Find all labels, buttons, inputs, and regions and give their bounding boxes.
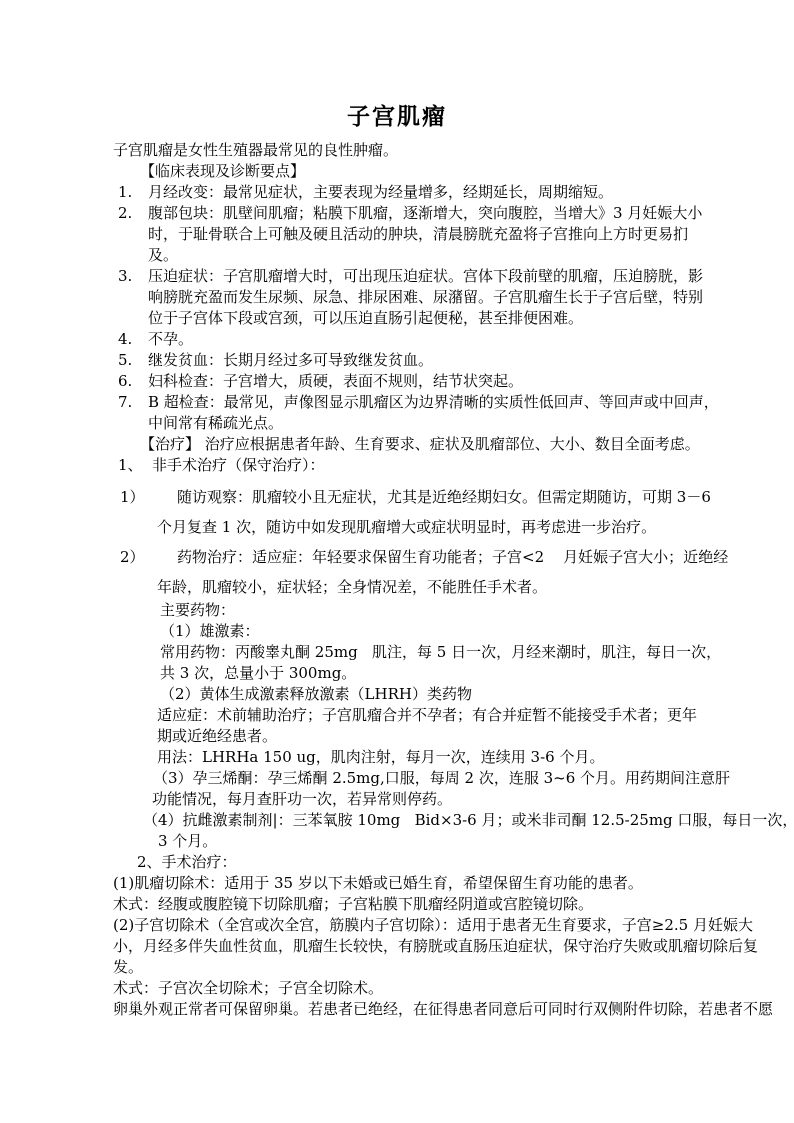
- item-number: 1、: [118, 455, 152, 476]
- drug-line: 功能情况，每月查肝功一次，若异常则停药。: [152, 789, 794, 810]
- item-text: 压迫症状：子宫肌瘤增大时，可出现压迫症状。宫体下段前壁的肌瘤，压迫膀胱，影: [148, 267, 703, 285]
- nonsurgical-heading: 1、非手术治疗（保守治疗）：: [118, 455, 794, 476]
- surgical-section: 2、手术治疗： (1)肌瘤切除术：适用于 35 岁以下未婚或已婚生育，希望保留生…: [0, 852, 794, 1020]
- drug-line: 常用药物：丙酸睾丸酮 25mg 肌注，每 5 日一次，月经来潮时，肌注，每日一次…: [160, 642, 794, 663]
- document-page: 子宫肌瘤 子宫肌瘤是女性生殖器最常见的良性肿瘤。 【临床表现及诊断要点】 1.月…: [0, 0, 794, 1123]
- subitem-1-continuation: 个月复查 1 次，随访中如发现肌瘤增大或症状明显时，再考虑进一步治疗。: [157, 512, 794, 542]
- item-number: 4.: [118, 329, 148, 350]
- clinical-item-2: 2.腹部包块：肌壁间肌瘤；粘膜下肌瘤，逐渐增大，突向腹腔，当增大》3 月妊娠大小: [118, 203, 794, 224]
- page-title: 子宫肌瘤: [0, 103, 794, 131]
- nonsurgical-subitems: 1）随访观察：肌瘤较小且无症状，尤其是近绝经期妇女。但需定期随访，可期 3－6 …: [0, 482, 794, 602]
- intro-line: 子宫肌瘤是女性生殖器最常见的良性肿瘤。: [113, 140, 794, 161]
- item-text: 药物治疗：适应症：年轻要求保留生育功能者；子宫<2 月妊娠子宫大小；近绝经: [177, 548, 728, 566]
- drug-line: （4）抗雌激素制剂|：三苯氧胺 10mg Bid×3-6 月；或米非司酮 12.…: [143, 810, 794, 831]
- item-number: 2）: [120, 542, 177, 572]
- drug-line: 期或近绝经患者。: [157, 726, 794, 747]
- subitem-2-continuation: 年龄，肌瘤较小，症状轻；全身情况差，不能胜任手术者。: [157, 572, 794, 602]
- drug-line: 3 个月。: [158, 831, 794, 852]
- item-number: 5.: [118, 350, 148, 371]
- clinical-item-4: 4.不孕。: [118, 329, 794, 350]
- clinical-item-3-continuation: 响膀胱充盈而发生尿频、尿急、排尿困难、尿潴留。子宫肌瘤生长于子宫后壁，特别: [148, 287, 794, 308]
- item-number: 3.: [118, 266, 148, 287]
- drug-line: 用法：LHRHa 150 ug，肌肉注射，每月一次，连续用 3-6 个月。: [157, 747, 794, 768]
- item-text: 非手术治疗（保守治疗）：: [152, 456, 325, 474]
- item-number: 7.: [118, 392, 148, 413]
- clinical-item-5: 5.继发贫血：长期月经过多可导致继发贫血。: [118, 350, 794, 371]
- surgical-line: (2)子宫切除术（全宫或次全宫，筋膜内子宫切除）：适用于患者无生育要求，子宫≥2…: [113, 915, 794, 936]
- treatment-heading: 【治疗】 治疗应根据患者年龄、生育要求、症状及肌瘤部位、大小、数目全面考虑。: [140, 434, 794, 455]
- item-text: 不孕。: [148, 330, 193, 348]
- clinical-item-1: 1.月经改变：最常见症状，主要表现为经量增多，经期延长，周期缩短。: [118, 182, 794, 203]
- clinical-item-3-continuation: 位于子宫体下段或宫颈，可以压迫直肠引起便秘，甚至排便困难。: [148, 308, 794, 329]
- item-text: B 超检查：最常见，声像图显示肌瘤区为边界清晰的实质性低回声、等回声或中回声，: [148, 393, 719, 411]
- surgical-line: 卵巢外观正常者可保留卵巢。若患者已绝经，在征得患者同意后可同时行双侧附件切除，若…: [113, 999, 794, 1020]
- drug-line: 共 3 次，总量小于 300mg。: [160, 663, 794, 684]
- surgical-line: 发。: [113, 957, 794, 978]
- item-text: 随访观察：肌瘤较小且无症状，尤其是近绝经期妇女。但需定期随访，可期 3－6: [177, 488, 711, 506]
- clinical-item-7: 7.B 超检查：最常见，声像图显示肌瘤区为边界清晰的实质性低回声、等回声或中回声…: [118, 392, 794, 413]
- item-number: 1.: [118, 182, 148, 203]
- drug-details-section: 主要药物： （1）雄激素： 常用药物：丙酸睾丸酮 25mg 肌注，每 5 日一次…: [0, 600, 794, 852]
- clinical-item-3: 3.压迫症状：子宫肌瘤增大时，可出现压迫症状。宫体下段前壁的肌瘤，压迫膀胱，影: [118, 266, 794, 287]
- item-number: 1）: [120, 482, 177, 512]
- item-text: 月经改变：最常见症状，主要表现为经量增多，经期延长，周期缩短。: [148, 183, 613, 201]
- item-number: 2.: [118, 203, 148, 224]
- clinical-heading: 【临床表现及诊断要点】: [140, 161, 794, 182]
- clinical-item-2-continuation: 时，于耻骨联合上可触及硬且活动的肿块，清晨膀胱充盈将子宫推向上方时更易扪: [148, 224, 794, 245]
- item-number: 6.: [118, 371, 148, 392]
- item-text: 继发贫血：长期月经过多可导致继发贫血。: [148, 351, 433, 369]
- subitem-1: 1）随访观察：肌瘤较小且无症状，尤其是近绝经期妇女。但需定期随访，可期 3－6: [120, 482, 794, 512]
- item-text: 腹部包块：肌壁间肌瘤；粘膜下肌瘤，逐渐增大，突向腹腔，当增大》3 月妊娠大小: [148, 204, 702, 222]
- surgical-line: (1)肌瘤切除术：适用于 35 岁以下未婚或已婚生育，希望保留生育功能的患者。: [113, 873, 794, 894]
- surgical-line: 术式：子宫次全切除术；子宫全切除术。: [113, 978, 794, 999]
- surgical-heading: 2、手术治疗：: [137, 852, 794, 873]
- clinical-item-7-continuation: 中间常有稀疏光点。: [148, 413, 794, 434]
- clinical-section: 子宫肌瘤是女性生殖器最常见的良性肿瘤。 【临床表现及诊断要点】 1.月经改变：最…: [0, 140, 794, 476]
- item-text: 妇科检查：子宫增大，质硬，表面不规则，结节状突起。: [148, 372, 523, 390]
- drug-line: 适应症：术前辅助治疗；子宫肌瘤合并不孕者；有合并症暂不能接受手术者；更年: [157, 705, 794, 726]
- surgical-line: 小，月经多伴失血性贫血，肌瘤生长较快，有膀胱或直肠压迫症状，保守治疗失败或肌瘤切…: [113, 936, 794, 957]
- clinical-item-6: 6.妇科检查：子宫增大，质硬，表面不规则，结节状突起。: [118, 371, 794, 392]
- drug-line: （1）雄激素：: [160, 621, 794, 642]
- drug-line: （2）黄体生成激素释放激素（LHRH）类药物: [160, 684, 794, 705]
- drug-line: 主要药物：: [160, 600, 794, 621]
- clinical-item-2-continuation: 及。: [148, 245, 794, 266]
- surgical-line: 术式：经腹或腹腔镜下切除肌瘤；子宫粘膜下肌瘤经阴道或宫腔镜切除。: [113, 894, 794, 915]
- subitem-2: 2）药物治疗：适应症：年轻要求保留生育功能者；子宫<2 月妊娠子宫大小；近绝经: [120, 542, 794, 572]
- drug-line: （3）孕三烯酮：孕三烯酮 2.5mg,口服，每周 2 次，连服 3~6 个月。用…: [153, 768, 794, 789]
